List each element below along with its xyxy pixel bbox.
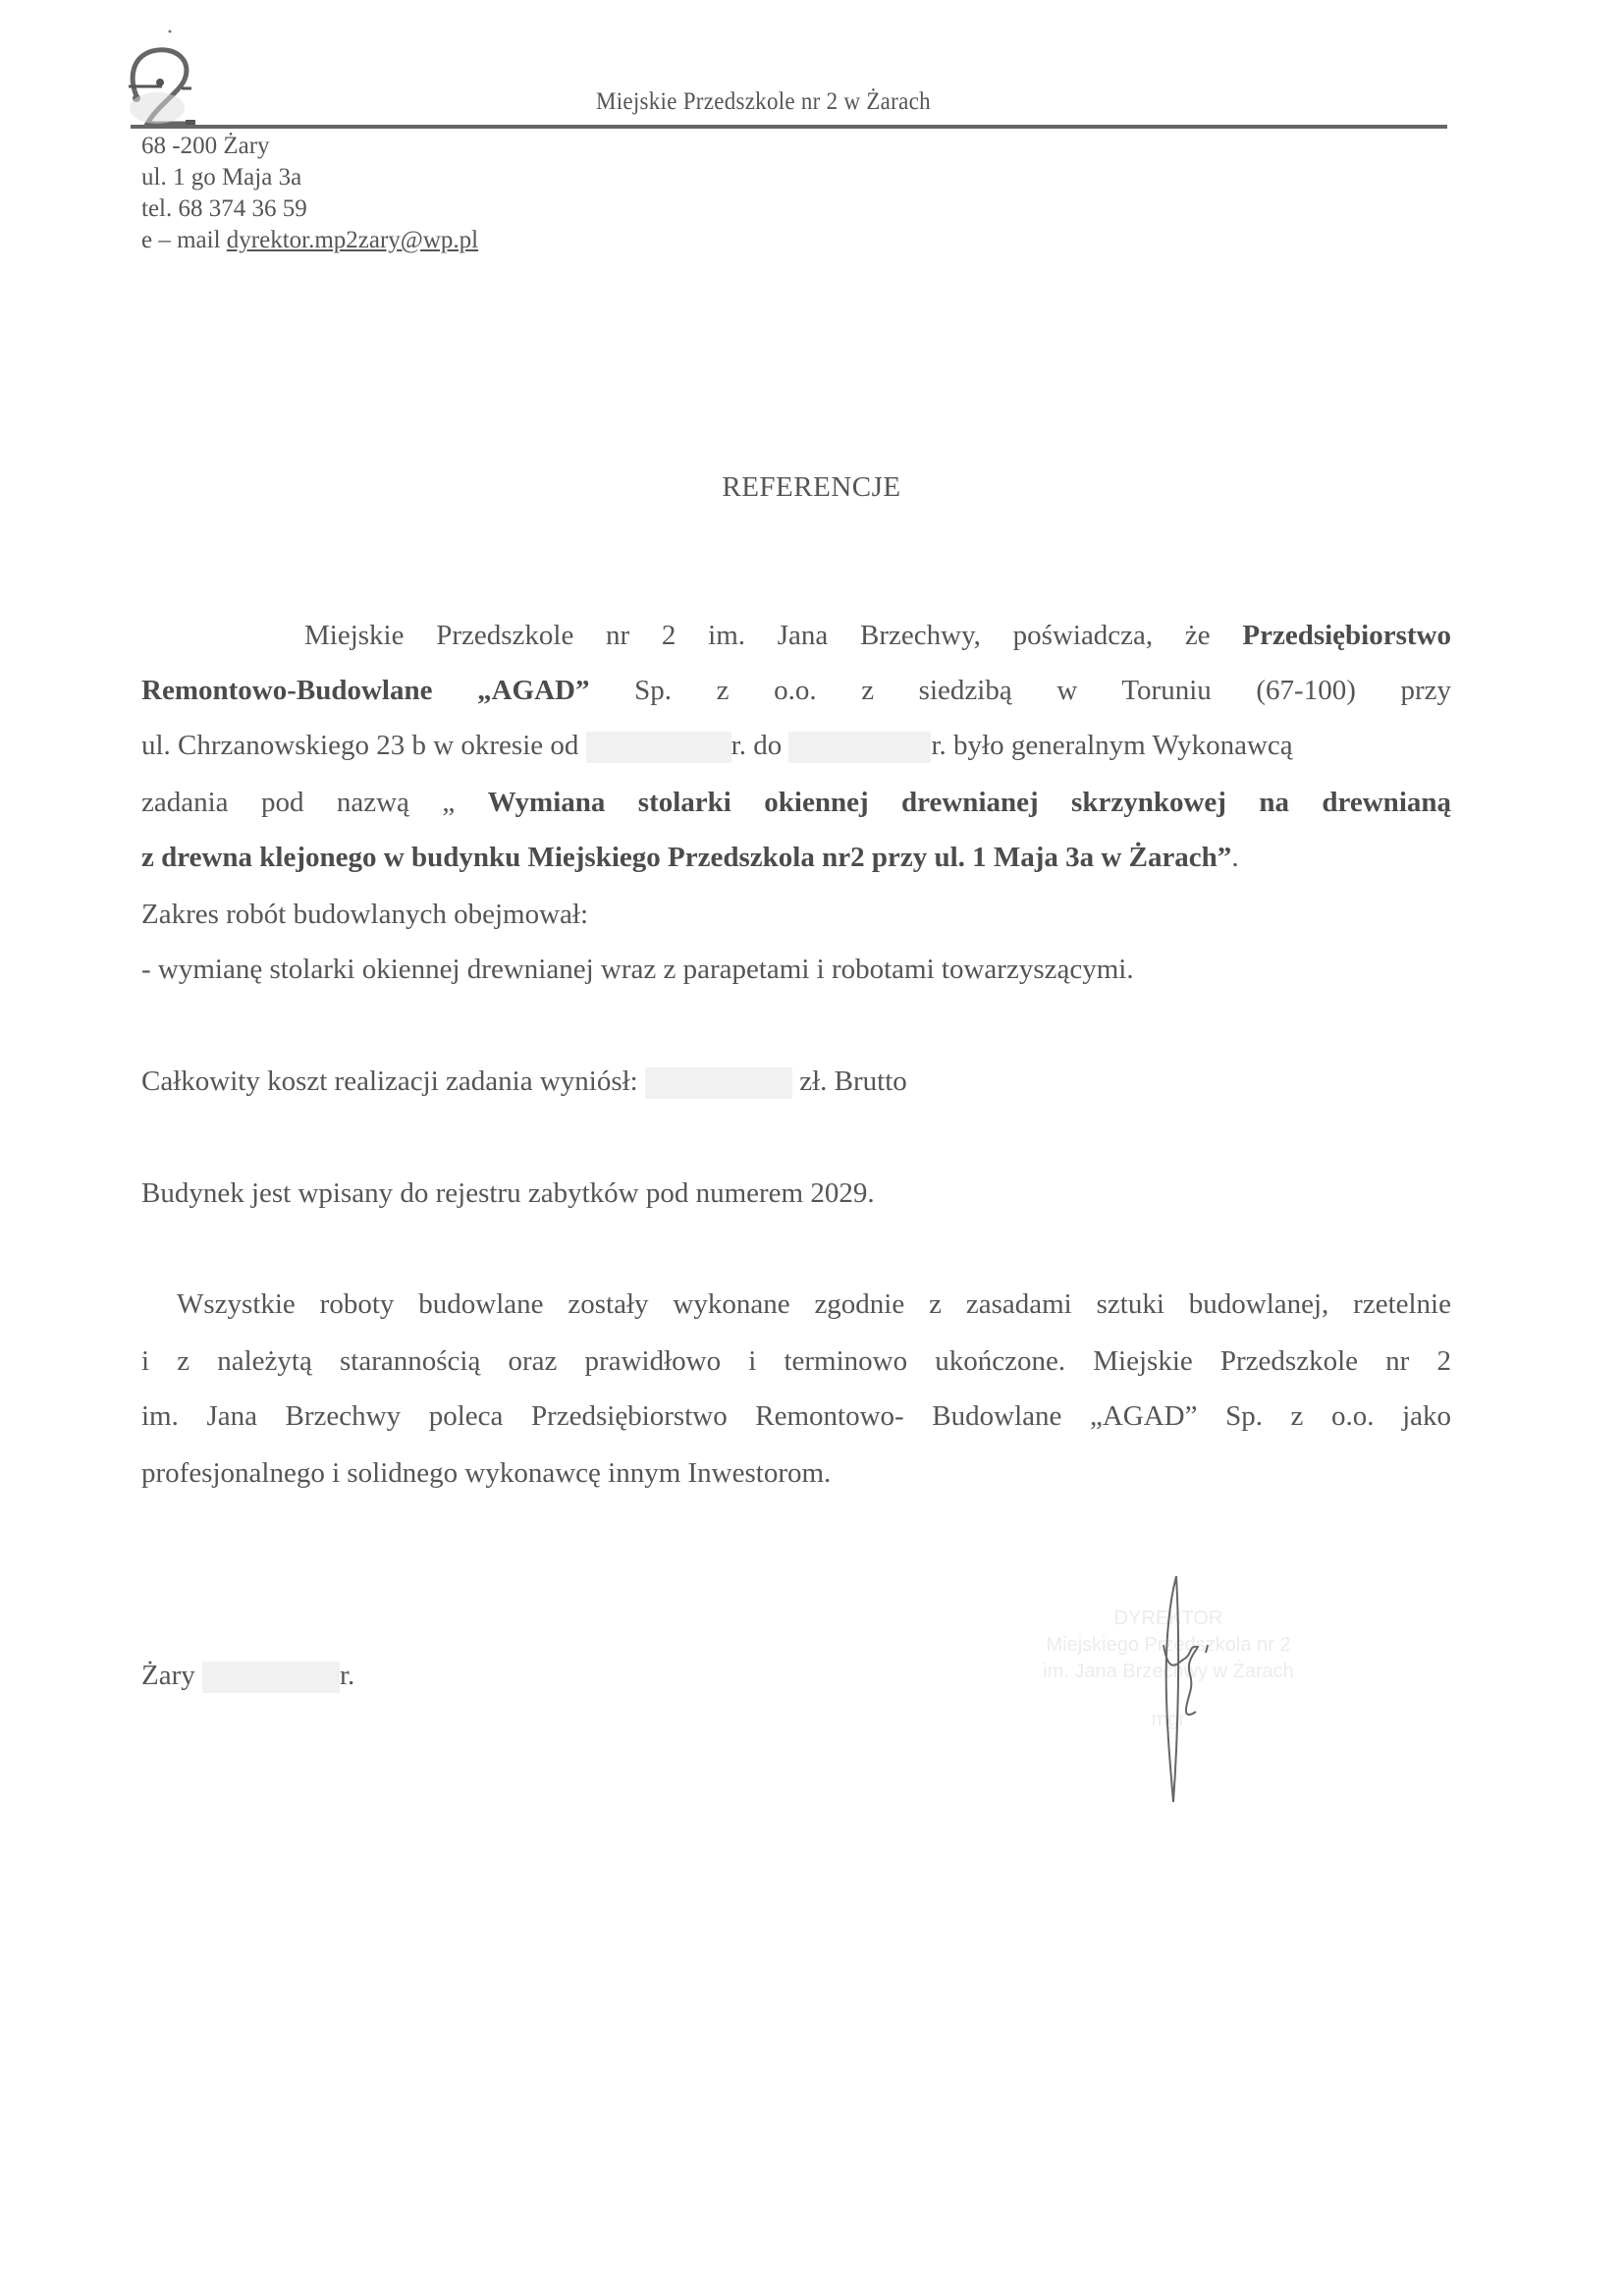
cost-currency: zł. Brutto [792, 1066, 907, 1097]
cost-label: Całkowity koszt realizacji zadania wynió… [141, 1066, 645, 1097]
date-suffix: r. [340, 1660, 354, 1691]
cost-line: Całkowity koszt realizacji zadania wynió… [141, 1067, 1451, 1099]
number-2-logo-icon [123, 27, 211, 130]
text-segment: r. było generalnym Wykonawcą [931, 730, 1292, 761]
paragraph2-line1: Wszystkie roboty budowlane zostały wykon… [177, 1290, 1451, 1319]
address-street: ul. 1 go Maja 3a [141, 165, 301, 190]
handwritten-signature-icon [1139, 1566, 1237, 1812]
paragraph1-line5: z drewna klejonego w budynku Miejskiego … [141, 844, 1451, 872]
task-name-bold: z drewna klejonego w budynku Miejskiego … [141, 842, 1231, 873]
scope-item: - wymianę stolarki okiennej drewnianej w… [141, 956, 1451, 984]
email-label: e – mail [141, 227, 227, 253]
task-name-bold: Wymiana stolarki okiennej drewnianej skr… [488, 787, 1451, 818]
paragraph1-line3: ul. Chrzanowskiego 23 b w okresie od r. … [141, 732, 1451, 763]
letterhead-divider [131, 125, 1447, 129]
text-segment: Sp. z o.o. z siedzibą w Toruniu (67-100)… [589, 675, 1451, 706]
text-segment: Miejskie Przedszkole nr 2 im. Jana Brzec… [304, 620, 1242, 651]
redacted-end-date [788, 732, 931, 763]
place-name: Żary [141, 1660, 202, 1691]
address-postal: 68 -200 Żary [141, 134, 270, 158]
company-name-bold: Remontowo-Budowlane „AGAD” [141, 675, 589, 706]
paragraph2-line2: i z należytą starannością oraz prawidłow… [141, 1347, 1451, 1376]
letterhead-institution-name: Miejskie Przedszkole nr 2 w Żarach [596, 88, 931, 116]
paragraph1-line2: Remontowo-Budowlane „AGAD” Sp. z o.o. z … [141, 677, 1451, 705]
scope-heading: Zakres robót budowlanych obejmował: [141, 901, 1451, 929]
monument-note: Budynek jest wpisany do rejestru zabytkó… [141, 1179, 1451, 1208]
company-name-bold: Przedsiębiorstwo [1242, 620, 1451, 651]
text-segment: ul. Chrzanowskiego 23 b w okresie od [141, 730, 586, 761]
paragraph2-line3: im. Jana Brzechwy poleca Przedsiębiorstw… [141, 1402, 1451, 1431]
document-title: REFERENCJE [0, 471, 1623, 504]
paragraph1-line4: zadania pod nazwą „ Wymiana stolarki oki… [141, 789, 1451, 817]
address-phone: tel. 68 374 36 59 [141, 196, 307, 221]
redacted-start-date [586, 732, 731, 763]
redacted-date [202, 1662, 340, 1693]
paragraph2-line4: profesjonalnego i solidnego wykonawcę in… [141, 1459, 1451, 1488]
address-email-line: e – mail dyrektor.mp2zary@wp.pl [141, 228, 478, 252]
text-segment: r. do [731, 730, 789, 761]
redacted-cost-value [645, 1067, 792, 1099]
paragraph1-line1: Miejskie Przedszkole nr 2 im. Jana Brzec… [304, 622, 1451, 650]
text-segment: zadania pod nazwą „ [141, 787, 488, 818]
email-link[interactable]: dyrektor.mp2zary@wp.pl [227, 227, 478, 253]
text-segment: . [1231, 842, 1238, 873]
